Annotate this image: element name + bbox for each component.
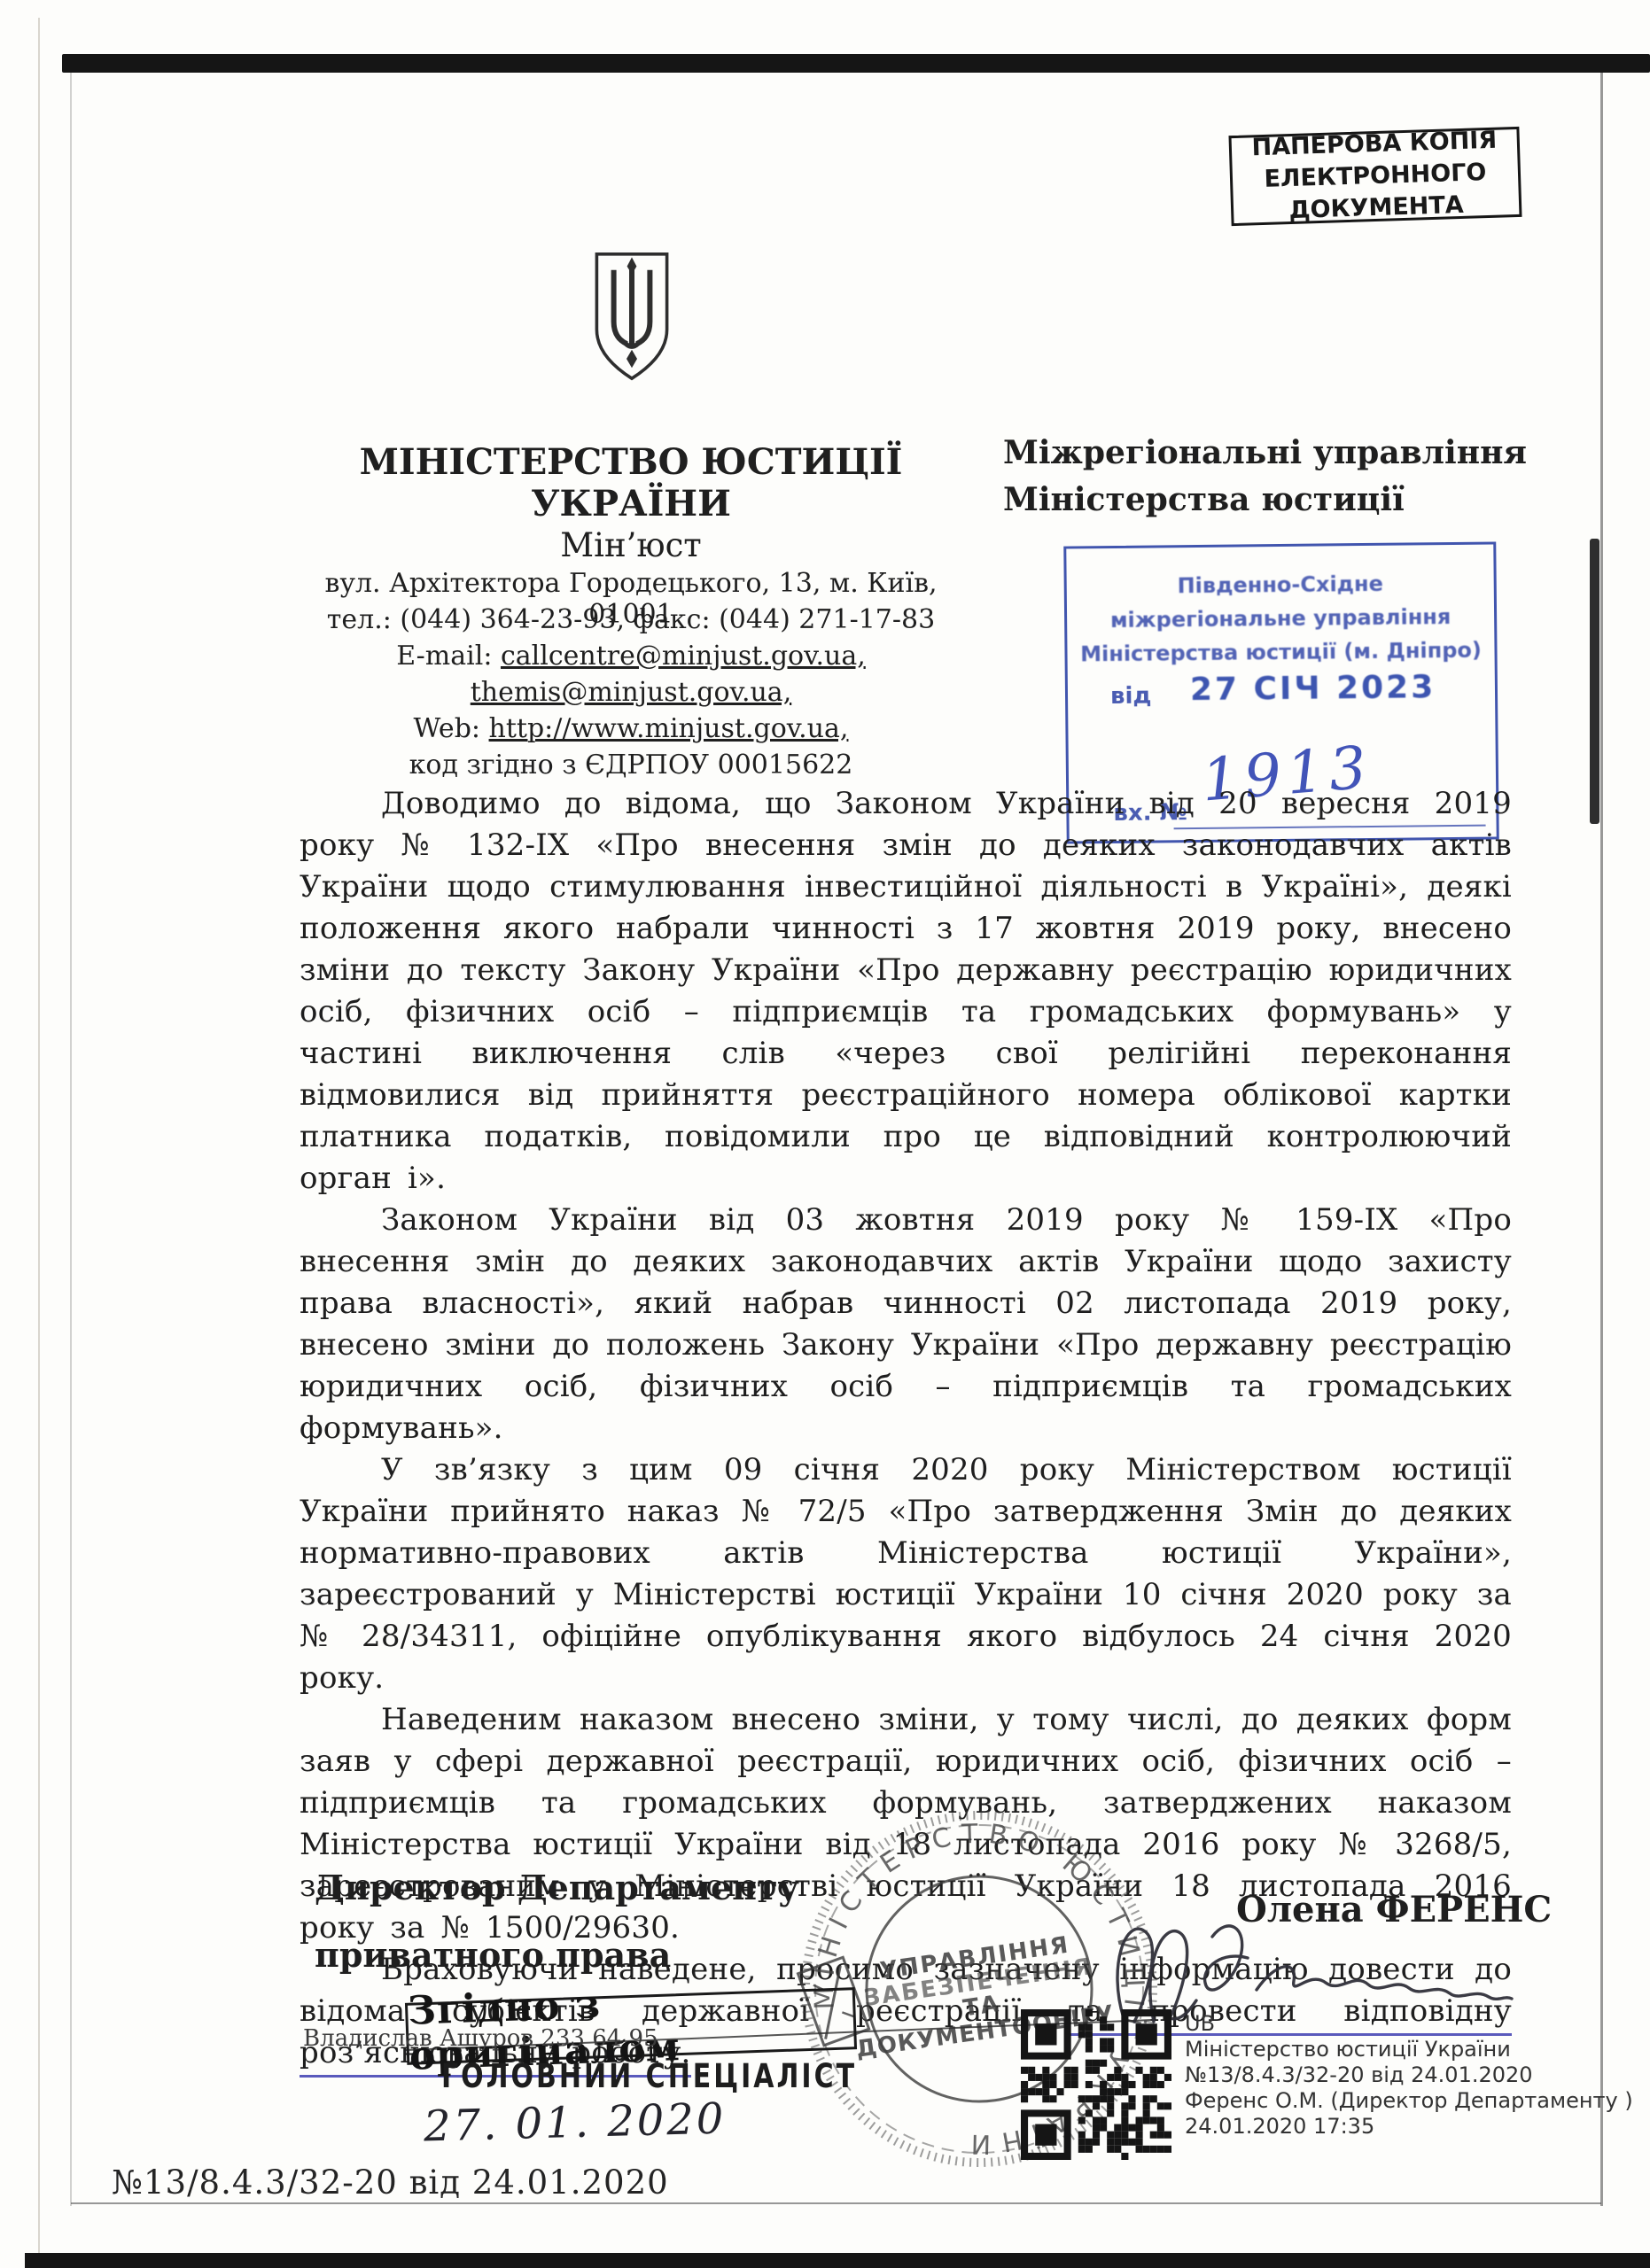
page-border-right	[1600, 73, 1603, 2206]
page-border-right-thick-segment	[1590, 539, 1599, 824]
web-label: Web:	[414, 713, 489, 744]
ministry-email-line2: themis@minjust.gov.ua,	[300, 677, 962, 708]
scanned-letter-page: ПАПЕРОВА КОПІЯ ЕЛЕКТРОННОГО ДОКУМЕНТА МІ…	[0, 0, 1650, 2268]
ministry-name-line1: МІНІСТЕРСТВО ЮСТИЦІЇ	[300, 441, 962, 483]
specialist-contact: Владислав Ашуров 233 64 95	[303, 2025, 658, 2052]
handwritten-date: 27. 01. 2020	[423, 2094, 727, 2152]
recipient-line1: Міжрегіональні управління	[1003, 434, 1527, 471]
digital-signature-line5: 24.01.2020 17:35	[1185, 2114, 1633, 2140]
scan-bottom-bar	[25, 2253, 1650, 2268]
ministry-name-line2: УКРАЇНИ	[300, 483, 962, 524]
email-address-2: themis@minjust.gov.ua,	[471, 677, 791, 708]
ministry-email-line1: E-mail: callcentre@minjust.gov.ua,	[300, 641, 962, 672]
email-label: E-mail:	[396, 641, 501, 672]
recipient-line2: Міністерства юстиції	[1003, 481, 1405, 518]
entry-stamp-org-line2: міжрегіональне управління	[1067, 599, 1494, 637]
digital-signature-line2: Міністерство юстиції України	[1185, 2037, 1633, 2062]
email-address-1: callcentre@minjust.gov.ua,	[501, 641, 866, 672]
paragraph-3: У зв’язку з цим 09 січня 2020 року Мініс…	[300, 1449, 1512, 1699]
specialist-title-stamp: ГОЛОВНИЙ СПЕЦІАЛІСТ	[441, 2057, 857, 2096]
qr-code	[1021, 2009, 1171, 2160]
signer-position-line2: приватного права	[315, 1935, 671, 1975]
scan-left-edge	[38, 18, 40, 2268]
web-address: http://www.minjust.gov.ua,	[489, 713, 849, 744]
entry-stamp-org-line1: Південно-Східне	[1067, 565, 1494, 603]
entry-stamp-org-line3: Міністерства юстиції (м. Дніпро)	[1067, 633, 1494, 671]
ukraine-trident-emblem-icon	[589, 250, 674, 383]
ministry-web-line: Web: http://www.minjust.gov.ua,	[300, 713, 962, 744]
paper-copy-stamp-line2: ЕЛЕКТРОННОГО ДОКУМЕНТА	[1233, 156, 1520, 229]
entry-stamp-date-label: від	[1110, 683, 1152, 710]
paragraph-2: Законом України від 03 жовтня 2019 року …	[300, 1200, 1512, 1449]
page-border-bottom	[71, 2202, 1601, 2204]
digital-signature-block: UB Міністерство юстиції України №13/8.4.…	[1185, 2011, 1633, 2140]
scan-top-bar	[62, 54, 1650, 73]
ministry-edrpou: код згідно з ЄДРПОУ 00015622	[300, 750, 962, 781]
paragraph-1: Доводимо до відома, що Законом України в…	[300, 783, 1512, 1200]
digital-signature-line1: UB	[1185, 2011, 1633, 2037]
digital-signature-line3: №13/8.4.3/32-20 від 24.01.2020	[1185, 2062, 1633, 2088]
page-border-left	[70, 73, 72, 2206]
entry-stamp-date-value: 27 СІЧ 2023	[1190, 669, 1436, 708]
ministry-phone-fax: тел.: (044) 364-23-93, факс: (044) 271-1…	[300, 604, 962, 635]
paper-copy-stamp: ПАПЕРОВА КОПІЯ ЕЛЕКТРОННОГО ДОКУМЕНТА	[1228, 127, 1522, 226]
ministry-short-name: Мін’юст	[300, 526, 962, 564]
digital-signature-line4: Ференс О.М. (Директор Департаменту )	[1185, 2088, 1633, 2114]
signer-position-line1: Директор Департаменту	[315, 1868, 799, 1907]
document-number: №13/8.4.3/32-20 від 24.01.2020	[112, 2163, 669, 2202]
